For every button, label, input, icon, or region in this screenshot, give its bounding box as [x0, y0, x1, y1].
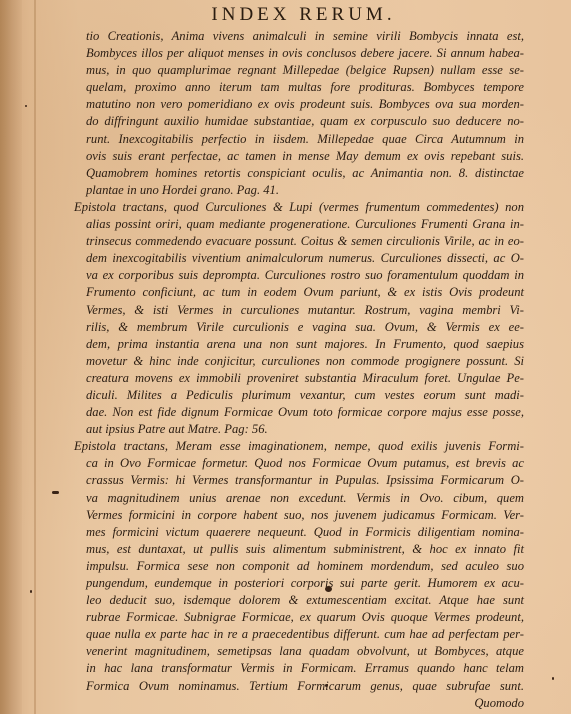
text-line: impulsu. Formica sese non componit ad ho… [86, 558, 524, 575]
text-line: va magnitudinem unius arenae non excedun… [86, 490, 524, 507]
text-line: ca in Ovo Formicae formetur. Quod nos Fo… [86, 455, 524, 472]
text-line: leo deducit suo, isdemque dolorem & extu… [86, 592, 524, 609]
entry-heading-line: Epistola tractans, Meram esse imaginatio… [74, 438, 524, 455]
margin-speck [25, 105, 27, 107]
ink-speck [552, 677, 554, 680]
text-line: dem inexcogitabilis viventium animalculo… [86, 250, 524, 267]
page-title: INDEX RERUM. [0, 4, 571, 26]
text-line: rilis, & membrum Virile curculionis e va… [86, 319, 524, 336]
text-line: do diffringunt auxilio humidae substanti… [86, 113, 524, 130]
text-line: Vermes formicini in corpore habent suo, … [86, 507, 524, 524]
text-line: diculi. Milites a Pediculis plurimum vex… [86, 387, 524, 404]
catchword: Quomodo [86, 695, 524, 712]
text-line: Formica Ovum nominamus. Tertium Formicar… [86, 678, 524, 695]
text-line: mes formicini victum quaerere nequeunt. … [86, 524, 524, 541]
text-line: runt. Inexcogitabilis perfectio in iisde… [86, 131, 524, 148]
text-line: Quamobrem homines retortis conspiciant o… [86, 165, 524, 182]
text-line: movetur & hinc inde conjicitur, curculio… [86, 353, 524, 370]
gutter-fold-line [34, 0, 36, 714]
text-line: Frumento conficiunt, ac tum in eodem Ovu… [86, 284, 524, 301]
text-line: alias possint oriri, quam mediante proge… [86, 216, 524, 233]
gutter-shadow [0, 0, 22, 714]
text-line: matutino non vero pomeridiano ex ovis pr… [86, 96, 524, 113]
text-line: tio Creationis, Anima vivens animalculi … [86, 28, 524, 45]
scanned-page: INDEX RERUM. tio Creationis, Anima viven… [0, 0, 571, 714]
index-body: tio Creationis, Anima vivens animalculi … [86, 28, 524, 712]
text-line: mus, in quo quamplurimae regnant Millepe… [86, 62, 524, 79]
ink-blot [325, 586, 332, 592]
text-line: va ex corporibus suis deprompta. Curculi… [86, 267, 524, 284]
text-line: quae nulla ex parte hac in re a praecede… [86, 626, 524, 643]
text-line: venerint magnitudinem, semetipsas lana q… [86, 643, 524, 660]
ink-speck [325, 684, 328, 687]
text-line: ovis suis erant perfectae, ac tamen in m… [86, 148, 524, 165]
text-line: mus, est duntaxat, ut pullis suis alimen… [86, 541, 524, 558]
text-line: aut ipsius Patre aut Matre. Pag: 56. [86, 421, 524, 438]
text-line: crassus Vermis: hi Vermes transformantur… [86, 472, 524, 489]
text-line: dem, prima instantia arena una non sunt … [86, 336, 524, 353]
margin-speck [30, 590, 32, 593]
text-line: quelam, proximo anno iterum tam multas f… [86, 79, 524, 96]
entry-heading-line: Epistola tractans, quod Curculiones & Lu… [74, 199, 524, 216]
text-line: plantae in uno Hordei grano. Pag. 41. [86, 182, 524, 199]
text-line: Bombyces illos per aliquot menses in ovi… [86, 45, 524, 62]
text-line: rubrae Formicae. Subnigrae Formicae, ex … [86, 609, 524, 626]
margin-mark [52, 491, 59, 494]
text-line: trinsecus commedendo evacuare possunt. C… [86, 233, 524, 250]
text-line: dae. Non est fide dignum Formicae Ovum t… [86, 404, 524, 421]
text-line: creatura movens ex immobili proveniret s… [86, 370, 524, 387]
text-line: Vermes, & isti Vermes in curculiones mut… [86, 302, 524, 319]
text-line: in hac lana transformatur Vermis in Form… [86, 660, 524, 677]
text-line: pungendum, eundemque in posteriori corpo… [86, 575, 524, 592]
